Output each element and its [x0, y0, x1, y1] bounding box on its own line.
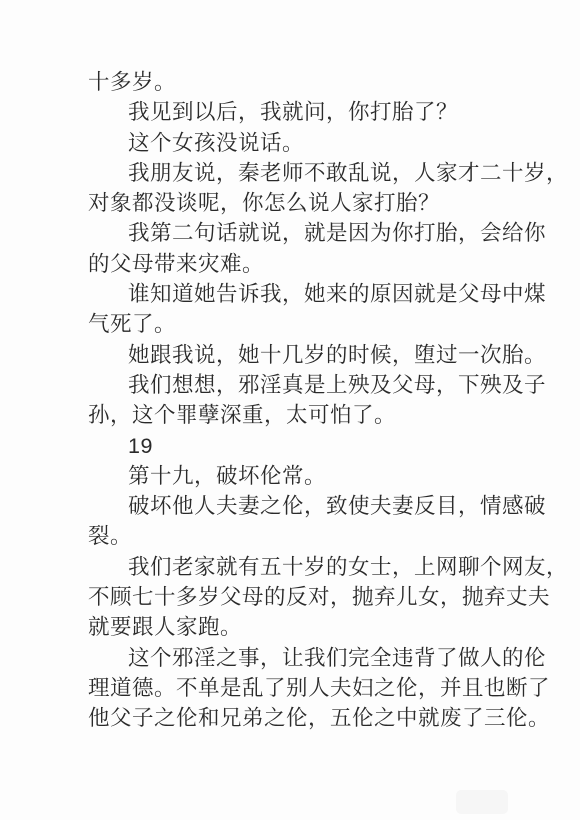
text-line: 的父母带来灾难。	[88, 249, 560, 279]
text-line: 她跟我说，她十几岁的时候，堕过一次胎。	[88, 340, 560, 370]
text-line: 这个女孩没说话。	[88, 128, 560, 158]
book-page: 十多岁。我见到以后，我就问，你打胎了？这个女孩没说话。我朋友说，秦老师不敢乱说，…	[0, 0, 580, 820]
text-line: 理道德。不单是乱了别人夫妇之伦，并且也断了	[88, 673, 560, 703]
text-line: 19	[88, 431, 560, 461]
text-block: 十多岁。我见到以后，我就问，你打胎了？这个女孩没说话。我朋友说，秦老师不敢乱说，…	[88, 67, 560, 734]
text-line: 气死了。	[88, 309, 560, 339]
text-line: 谁知道她告诉我，她来的原因就是父母中煤	[88, 279, 560, 309]
text-line: 裂。	[88, 521, 560, 551]
text-line: 破坏他人夫妻之伦，致使夫妻反目，情感破	[88, 491, 560, 521]
text-line: 对象都没谈呢，你怎么说人家打胎？	[88, 188, 560, 218]
text-line: 我朋友说，秦老师不敢乱说，人家才二十岁，	[88, 158, 560, 188]
text-line: 这个邪淫之事，让我们完全违背了做人的伦	[88, 643, 560, 673]
text-line: 孙，这个罪孽深重，太可怕了。	[88, 400, 560, 430]
text-line: 不顾七十多岁父母的反对，抛弃儿女，抛弃丈夫	[88, 582, 560, 612]
text-line: 我见到以后，我就问，你打胎了？	[88, 97, 560, 127]
text-line: 第十九，破坏伦常。	[88, 461, 560, 491]
text-line: 我第二句话就说，就是因为你打胎，会给你	[88, 218, 560, 248]
text-line: 我们老家就有五十岁的女士，上网聊个网友，	[88, 552, 560, 582]
text-line: 就要跟人家跑。	[88, 612, 560, 642]
text-line: 十多岁。	[88, 67, 560, 97]
watermark-logo	[456, 790, 508, 814]
text-line: 我们想想，邪淫真是上殃及父母，下殃及子	[88, 370, 560, 400]
text-line: 他父子之伦和兄弟之伦，五伦之中就废了三伦。	[88, 703, 560, 733]
